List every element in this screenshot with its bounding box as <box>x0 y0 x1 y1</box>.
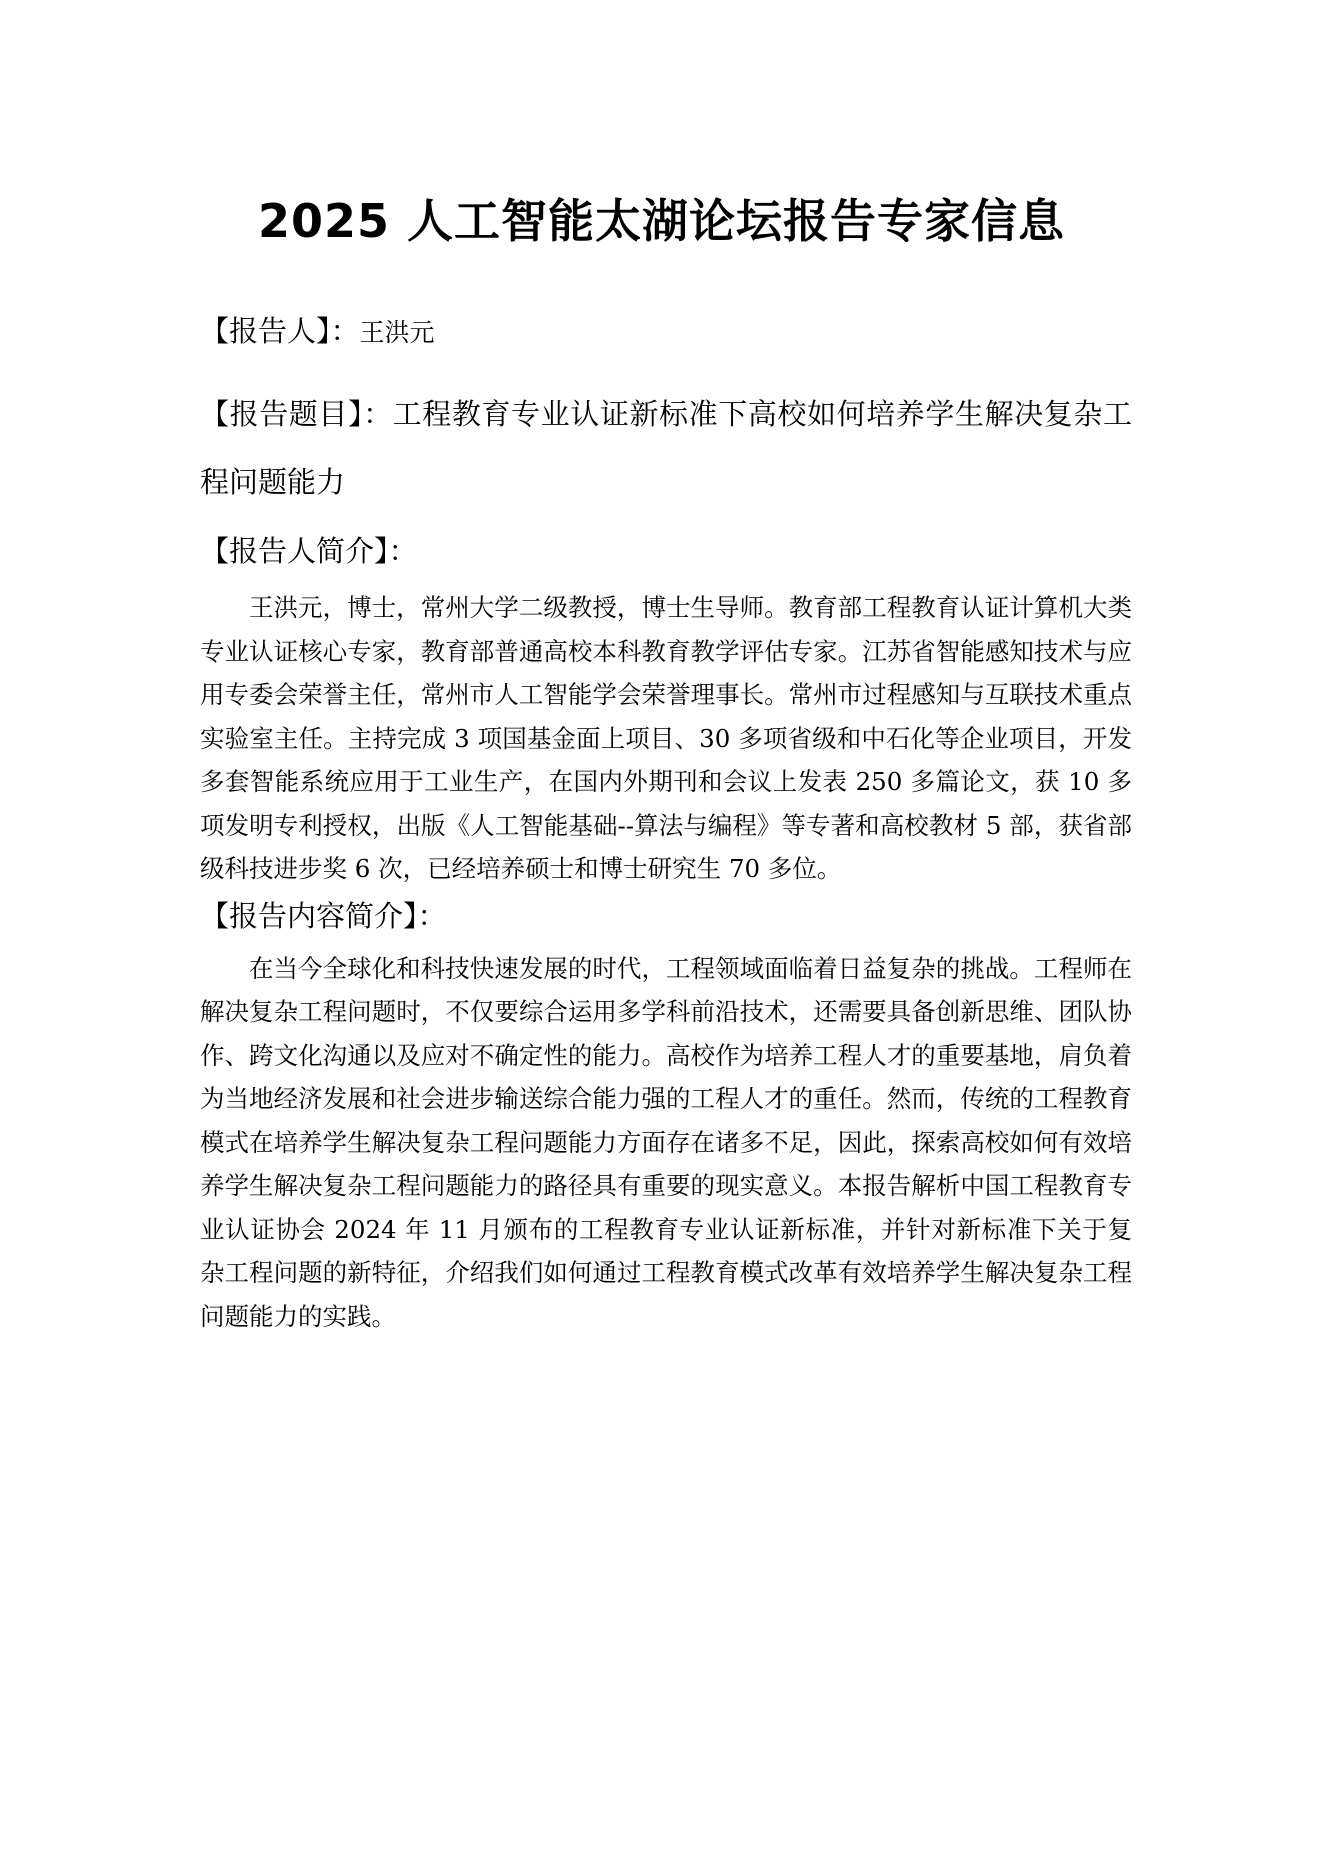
speaker-bio-heading: 【报告人简介】： <box>200 530 1132 572</box>
speaker-label: 【报告人】： <box>200 314 360 348</box>
report-summary-heading: 【报告内容简介】： <box>200 895 1132 937</box>
speaker-bio-text: 王洪元，博士，常州大学二级教授，博士生导师。教育部工程教育认证计算机大类专业认证… <box>200 586 1132 891</box>
page-title: 2025 人工智能太湖论坛报告专家信息 <box>0 191 1323 251</box>
speaker-line: 【报告人】：王洪元 <box>200 310 1132 354</box>
report-summary-text: 在当今全球化和科技快速发展的时代，工程领域面临着日益复杂的挑战。工程师在解决复杂… <box>200 947 1132 1339</box>
topic-label: 【报告题目】： <box>200 397 393 431</box>
topic-line: 【报告题目】：工程教育专业认证新标准下高校如何培养学生解决复杂工程问题能力 <box>200 380 1132 516</box>
document-body: 【报告人】：王洪元 【报告题目】：工程教育专业认证新标准下高校如何培养学生解决复… <box>200 310 1132 1338</box>
speaker-name: 王洪元 <box>360 318 435 347</box>
